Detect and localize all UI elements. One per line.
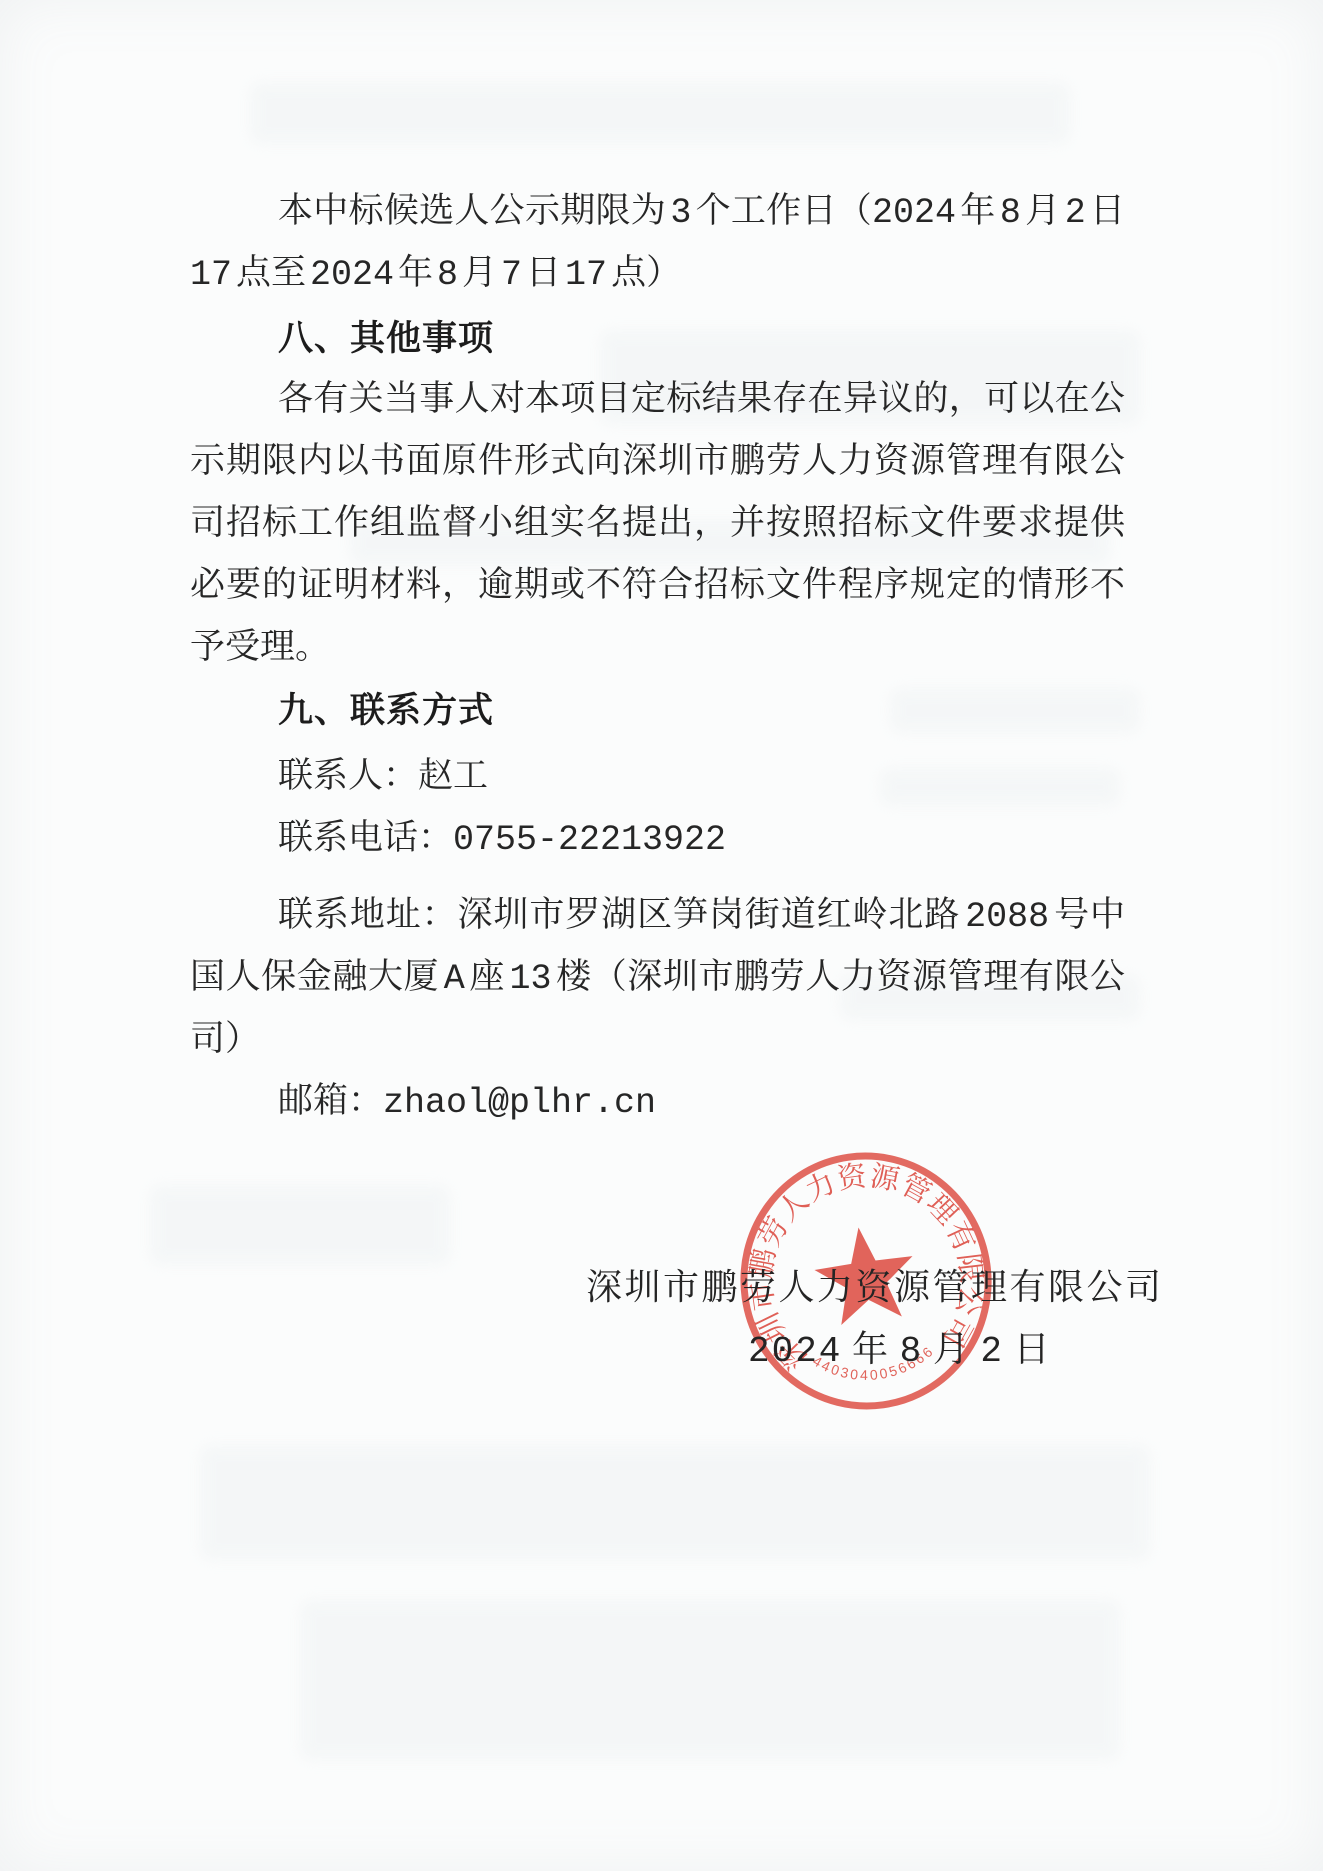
section-other-heading: 八、其他事项 — [190, 308, 1125, 370]
document-page: 深圳市鹏劳人力资源管理有限公司 4403040056666 本中标候选人公示期限… — [0, 0, 1323, 1871]
bleed-through-artifact — [300, 1600, 1120, 1760]
signature-block: 深圳市鹏劳人力资源管理有限公司 2024 年 8 月 2 日 — [190, 1259, 1125, 1383]
document-content: 本中标候选人公示期限为 3 个工作日（2024 年 8 月 2 日 17 点至 … — [0, 0, 1323, 1383]
section-other-body: 各有关当事人对本项目定标结果存在异议的，可以在公示期限内以书面原件形式向深圳市鹏… — [190, 370, 1125, 680]
signature-date: 2024 年 8 月 2 日 — [748, 1321, 1125, 1383]
contact-address-paragraph: 联系地址：深圳市罗湖区笋岗街道红岭北路 2088 号中国人保金融大厦 A 座 1… — [190, 886, 1125, 1072]
section-contact-heading: 九、联系方式 — [190, 680, 1125, 742]
signature-company: 深圳市鹏劳人力资源管理有限公司 — [586, 1259, 1125, 1321]
contact-email-line: 邮箱：zhaol@plhr.cn — [190, 1072, 1125, 1134]
bleed-through-artifact — [200, 1445, 1150, 1560]
contact-phone-line: 联系电话：0755-22213922 — [190, 809, 1125, 871]
intro-paragraph: 本中标候选人公示期限为 3 个工作日（2024 年 8 月 2 日 17 点至 … — [190, 182, 1125, 306]
contact-person-line: 联系人：赵工 — [190, 747, 1125, 809]
